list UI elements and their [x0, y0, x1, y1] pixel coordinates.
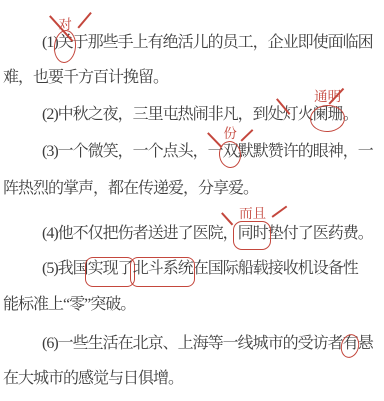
transpose-word-first: 实现了 [88, 260, 133, 277]
sentence-3-text-cont: 阵热烈的掌声，都在传递爱，分享爱。 [3, 180, 258, 197]
sentence-1-text: 于那些手上有绝活儿的员工，企业即使面临困 [73, 34, 373, 51]
sentence-4-line-1: (4)他不仅把伤者送进了医院，同时而且垫付了医药费。 [42, 226, 373, 242]
sentence-4-text-after: 垫付了医药费。 [268, 225, 373, 242]
delete-mark-6: 有 [343, 336, 358, 352]
proofreading-exercise-page: (1)关对于那些手上有绝活儿的员工，企业即使面临困 难，也要千方百计挽留。 (2… [0, 0, 384, 401]
sentence-6-text-after: 悬 [358, 335, 373, 352]
caret-stroke-right-3 [240, 129, 253, 141]
sentence-2-text: (2)中秋之夜，三里屯热闹非凡，到处灯火 [42, 106, 313, 123]
sentence-4-text: (4)他不仅把伤者送进了医院， [42, 225, 238, 242]
transpose-word-second: 北斗系统 [133, 260, 193, 277]
correction-label-1: 对 [58, 18, 72, 32]
marked-word-6: 有 [343, 335, 358, 352]
replace-mark-3: 双份 [223, 144, 238, 160]
sentence-6-line-1: (6)一些生活在北京、上海等一线城市的受访者有悬 [42, 336, 373, 352]
marked-word-4: 同时 [238, 225, 268, 242]
correction-label-2: 通明 [314, 90, 341, 104]
caret-stroke-left-4 [221, 212, 233, 225]
transpose-mark-first: 实现了 [88, 261, 133, 277]
replace-mark-4: 同时而且 [238, 226, 268, 242]
caret-stroke-right-4 [271, 206, 286, 218]
sentence-6-text-cont: 在大城市的感觉与日俱增。 [3, 370, 183, 387]
replace-mark-1: 关对 [58, 35, 73, 51]
correction-label-4: 而且 [239, 207, 266, 221]
sentence-6-text: (6)一些生活在北京、上海等一线城市的受访者 [42, 335, 343, 352]
sentence-6-line-2: 在大城市的感觉与日俱增。 [3, 371, 183, 387]
marked-word-3: 双 [223, 143, 238, 160]
marked-word-2: 阑珊 [313, 106, 343, 123]
sentence-3-line-1: (3)一个微笑，一个点头，一双份默默赞许的眼神，一 [42, 144, 373, 160]
transpose-mark-second: 北斗系统 [133, 261, 193, 277]
sentence-5-line-2: 能标准上“零”突破。 [3, 297, 135, 313]
sentence-5-line-1: (5)我国实现了北斗系统在国际船载接收机设备性 [42, 261, 358, 277]
sentence-1-line-2: 难，也要千方百计挽留。 [3, 70, 168, 86]
sentence-3-line-2: 阵热烈的掌声，都在传递爱，分享爱。 [3, 181, 258, 197]
sentence-3-text-after: 默默赞许的眼神，一 [238, 143, 373, 160]
marked-word-1: 关 [58, 34, 73, 51]
sentence-2-line-1: (2)中秋之夜，三里屯热闹非凡，到处灯火阑珊通明。 [42, 107, 358, 123]
replace-mark-2: 阑珊通明 [313, 107, 343, 123]
sentence-1-text-cont: 难，也要千方百计挽留。 [3, 69, 168, 86]
caret-stroke-right-1 [77, 12, 91, 28]
correction-label-3: 份 [223, 127, 237, 141]
sentence-5-text-cont: 能标准上“零”突破。 [3, 296, 135, 313]
sentence-1-line-1: (1)关对于那些手上有绝活儿的员工，企业即使面临困 [42, 35, 373, 51]
sentence-3-text: (3)一个微笑，一个点头，一 [42, 143, 223, 160]
sentence-5-text: (5)我国 [42, 260, 88, 277]
sentence-2-period: 。 [343, 106, 358, 123]
sentence-5-text-after: 在国际船载接收机设备性 [193, 260, 358, 277]
item-number-1: (1) [42, 34, 58, 51]
